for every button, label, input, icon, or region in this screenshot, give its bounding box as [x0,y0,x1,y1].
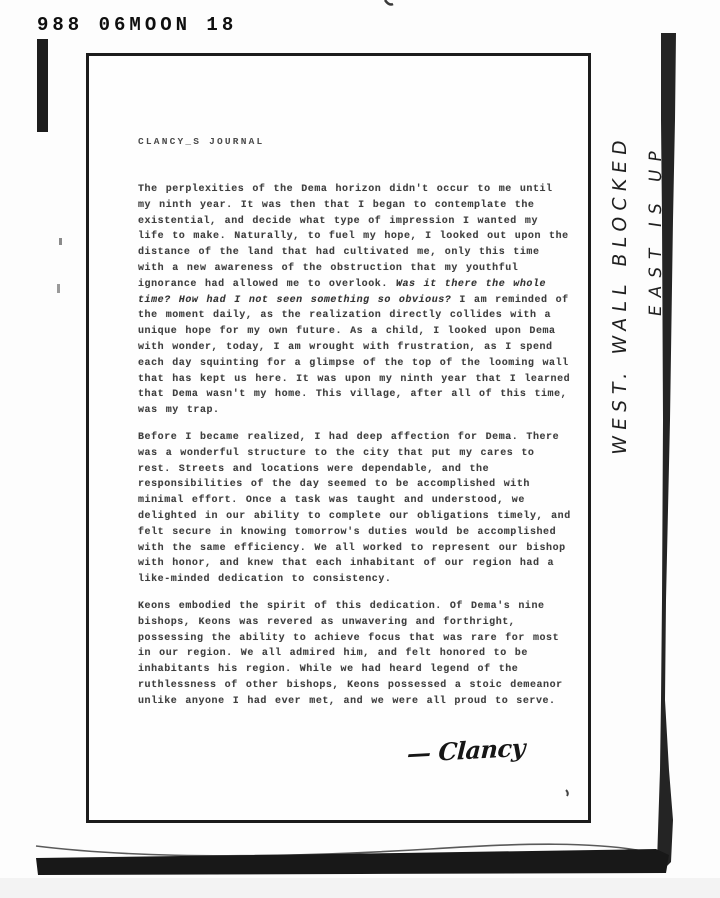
margin-note-west-wall-blocked: WEST. WALL BLOCKED [609,73,635,517]
bottom-fold-bar [36,849,669,875]
left-margin-speck-1 [59,238,62,245]
paragraph-2: Before I became realized, I had deep aff… [138,430,572,588]
scanner-bed-strip [0,878,720,898]
bottom-thin-line [36,844,652,856]
left-margin-speck-2 [57,284,60,293]
letter-page: CLANCY_S JOURNAL The perplexities of the… [86,53,591,823]
journal-title: CLANCY_S JOURNAL [138,136,264,147]
paragraph-3: Keons embodied the spirit of this dedica… [138,599,572,710]
paragraph-1-after-emphasis: I am reminded of the moment daily, as th… [138,295,570,417]
paragraph-1: The perplexities of the Dema horizon did… [138,182,572,419]
top-fold-mark [385,0,393,5]
margin-note-east-is-up: EAST IS UP [646,58,668,401]
header-date-code: 988 06MOON 18 [37,14,237,36]
left-fold-bar [37,39,48,132]
clancy-signature: — Clancy [406,733,526,768]
scanned-journal-page: 988 06MOON 18 EAST IS UP WEST. WALL BLOC… [0,0,720,898]
paragraph-1-before-emphasis: The perplexities of the Dema horizon did… [138,184,569,290]
letter-body: The perplexities of the Dema horizon did… [138,182,572,721]
